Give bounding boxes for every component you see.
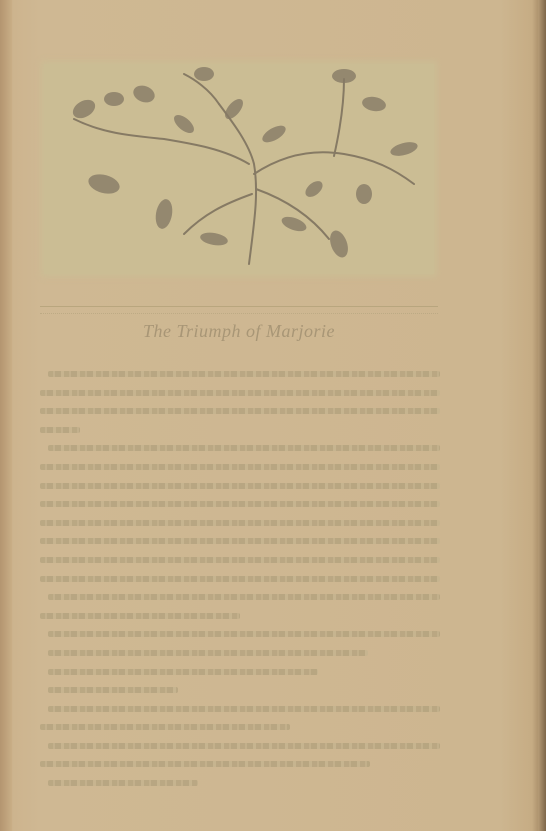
illegible-text — [40, 538, 440, 544]
text-line — [40, 572, 440, 586]
text-line — [40, 386, 440, 400]
body-text — [40, 367, 440, 795]
text-line — [40, 534, 440, 548]
illegible-text — [40, 576, 440, 582]
running-head — [150, 37, 450, 51]
illegible-text — [40, 464, 440, 470]
text-line — [40, 441, 440, 455]
illegible-text — [48, 371, 440, 377]
page-edge — [538, 0, 546, 831]
illegible-text — [40, 390, 440, 396]
illegible-text — [48, 669, 318, 675]
illegible-text — [40, 613, 240, 619]
illegible-text — [40, 408, 440, 414]
illegible-text — [40, 557, 440, 563]
illegible-text — [48, 743, 440, 749]
illegible-text — [48, 594, 440, 600]
illegible-text — [48, 780, 198, 786]
page-gutter — [0, 0, 12, 831]
illegible-text — [48, 631, 440, 637]
text-line — [40, 646, 440, 660]
text-line — [40, 590, 440, 604]
text-line — [40, 479, 440, 493]
text-line — [40, 553, 440, 567]
text-line — [40, 757, 440, 771]
text-line — [40, 683, 440, 697]
text-line — [40, 720, 440, 734]
text-line — [40, 702, 440, 716]
illegible-text — [40, 483, 440, 489]
illegible-text — [48, 706, 440, 712]
sprig-drawing-icon — [44, 64, 434, 274]
text-line — [40, 423, 440, 437]
text-line — [40, 609, 440, 623]
illegible-text — [40, 427, 80, 433]
text-line — [40, 516, 440, 530]
illegible-text — [40, 724, 290, 730]
illegible-text — [48, 687, 178, 693]
ornamental-rule — [40, 306, 438, 314]
text-line — [40, 367, 440, 381]
illegible-text — [40, 501, 440, 507]
botanical-illustration — [44, 64, 434, 274]
illegible-text — [40, 761, 370, 767]
text-line — [40, 627, 440, 641]
text-line — [40, 665, 440, 679]
chapter-title: The Triumph of Marjorie — [0, 321, 478, 342]
book-page: The Triumph of Marjorie — [0, 0, 546, 831]
text-line — [40, 404, 440, 418]
text-line — [40, 497, 440, 511]
text-line — [40, 739, 440, 753]
text-line — [40, 460, 440, 474]
illegible-text — [48, 445, 440, 451]
illegible-text — [40, 520, 440, 526]
text-line — [40, 776, 440, 790]
illegible-text — [48, 650, 368, 656]
